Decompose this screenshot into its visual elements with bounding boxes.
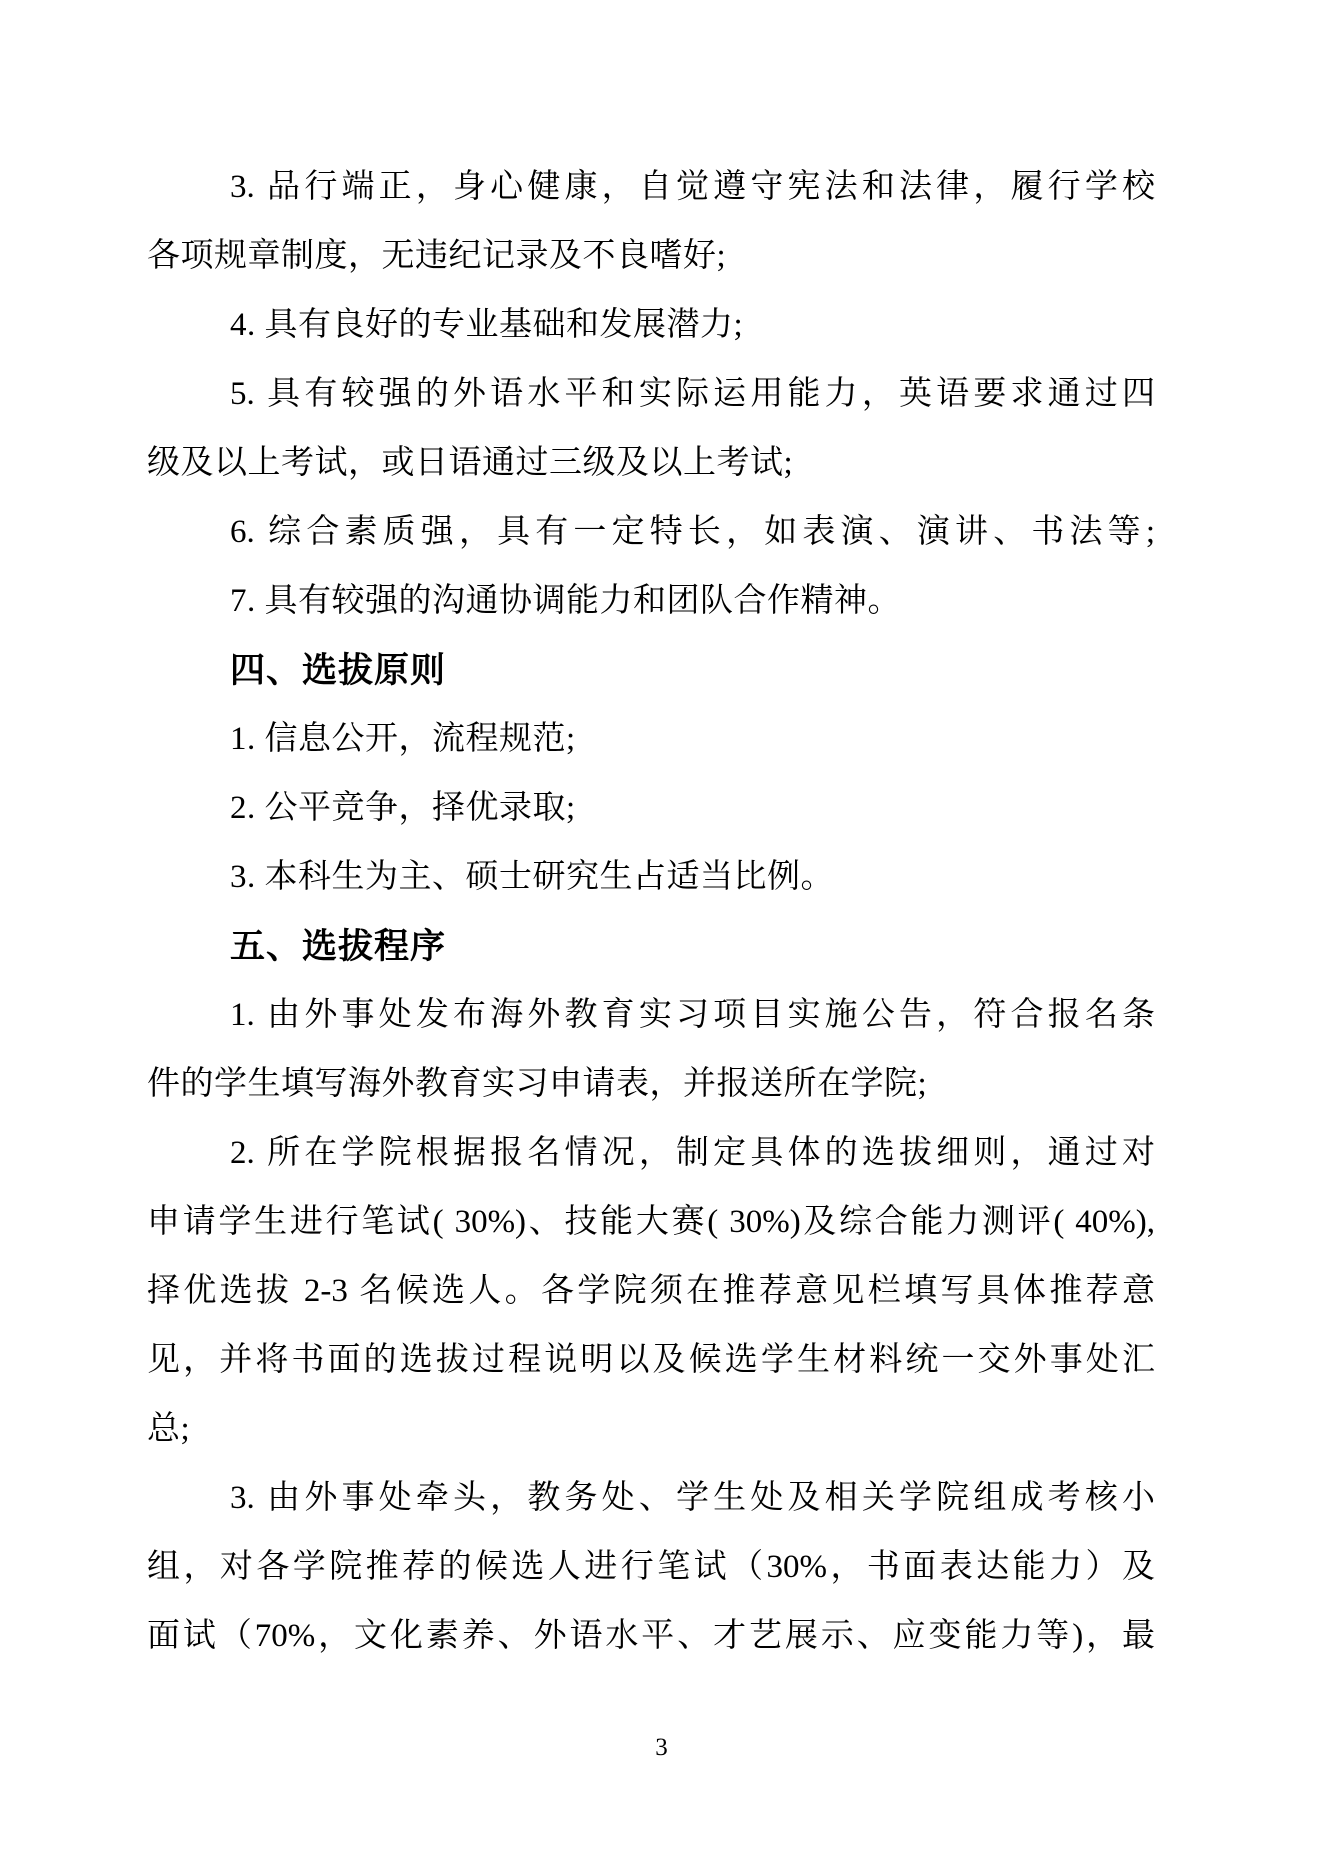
text-line: 择优选拔 2-3 名候选人。各学院须在推荐意见栏填写具体推荐意: [147, 1257, 1155, 1326]
section-heading: 五、选拔程序: [147, 912, 1155, 981]
text-line: 申请学生进行笔试( 30%)、技能大赛( 30%)及综合能力测评( 40%),: [147, 1188, 1155, 1257]
page-body: 3. 品行端正，身心健康，自觉遵守宪法和法律，履行学校各项规章制度，无违纪记录及…: [147, 153, 1155, 1671]
page-number: 3: [0, 1728, 1323, 1768]
text-line: 1. 信息公开，流程规范;: [147, 705, 1155, 774]
text-line: 3. 由外事处牵头，教务处、学生处及相关学院组成考核小: [147, 1464, 1155, 1533]
text-line: 3. 本科生为主、硕士研究生占适当比例。: [147, 843, 1155, 912]
document-page: 3. 品行端正，身心健康，自觉遵守宪法和法律，履行学校各项规章制度，无违纪记录及…: [0, 0, 1323, 1871]
text-line: 面试（70%，文化素养、外语水平、才艺展示、应变能力等)，最: [147, 1602, 1155, 1671]
text-line: 7. 具有较强的沟通协调能力和团队合作精神。: [147, 567, 1155, 636]
text-line: 2. 公平竞争，择优录取;: [147, 774, 1155, 843]
text-line: 4. 具有良好的专业基础和发展潜力;: [147, 291, 1155, 360]
text-line: 见，并将书面的选拔过程说明以及候选学生材料统一交外事处汇: [147, 1326, 1155, 1395]
text-line: 2. 所在学院根据报名情况，制定具体的选拔细则，通过对: [147, 1119, 1155, 1188]
text-line: 6. 综合素质强，具有一定特长，如表演、演讲、书法等;: [147, 498, 1155, 567]
text-line: 组，对各学院推荐的候选人进行笔试（30%，书面表达能力）及: [147, 1533, 1155, 1602]
text-line: 1. 由外事处发布海外教育实习项目实施公告，符合报名条: [147, 981, 1155, 1050]
text-line: 各项规章制度，无违纪记录及不良嗜好;: [147, 222, 1155, 291]
text-line: 3. 品行端正，身心健康，自觉遵守宪法和法律，履行学校: [147, 153, 1155, 222]
text-line: 件的学生填写海外教育实习申请表，并报送所在学院;: [147, 1050, 1155, 1119]
section-heading: 四、选拔原则: [147, 636, 1155, 705]
text-line: 级及以上考试，或日语通过三级及以上考试;: [147, 429, 1155, 498]
text-line: 总;: [147, 1395, 1155, 1464]
text-line: 5. 具有较强的外语水平和实际运用能力，英语要求通过四: [147, 360, 1155, 429]
